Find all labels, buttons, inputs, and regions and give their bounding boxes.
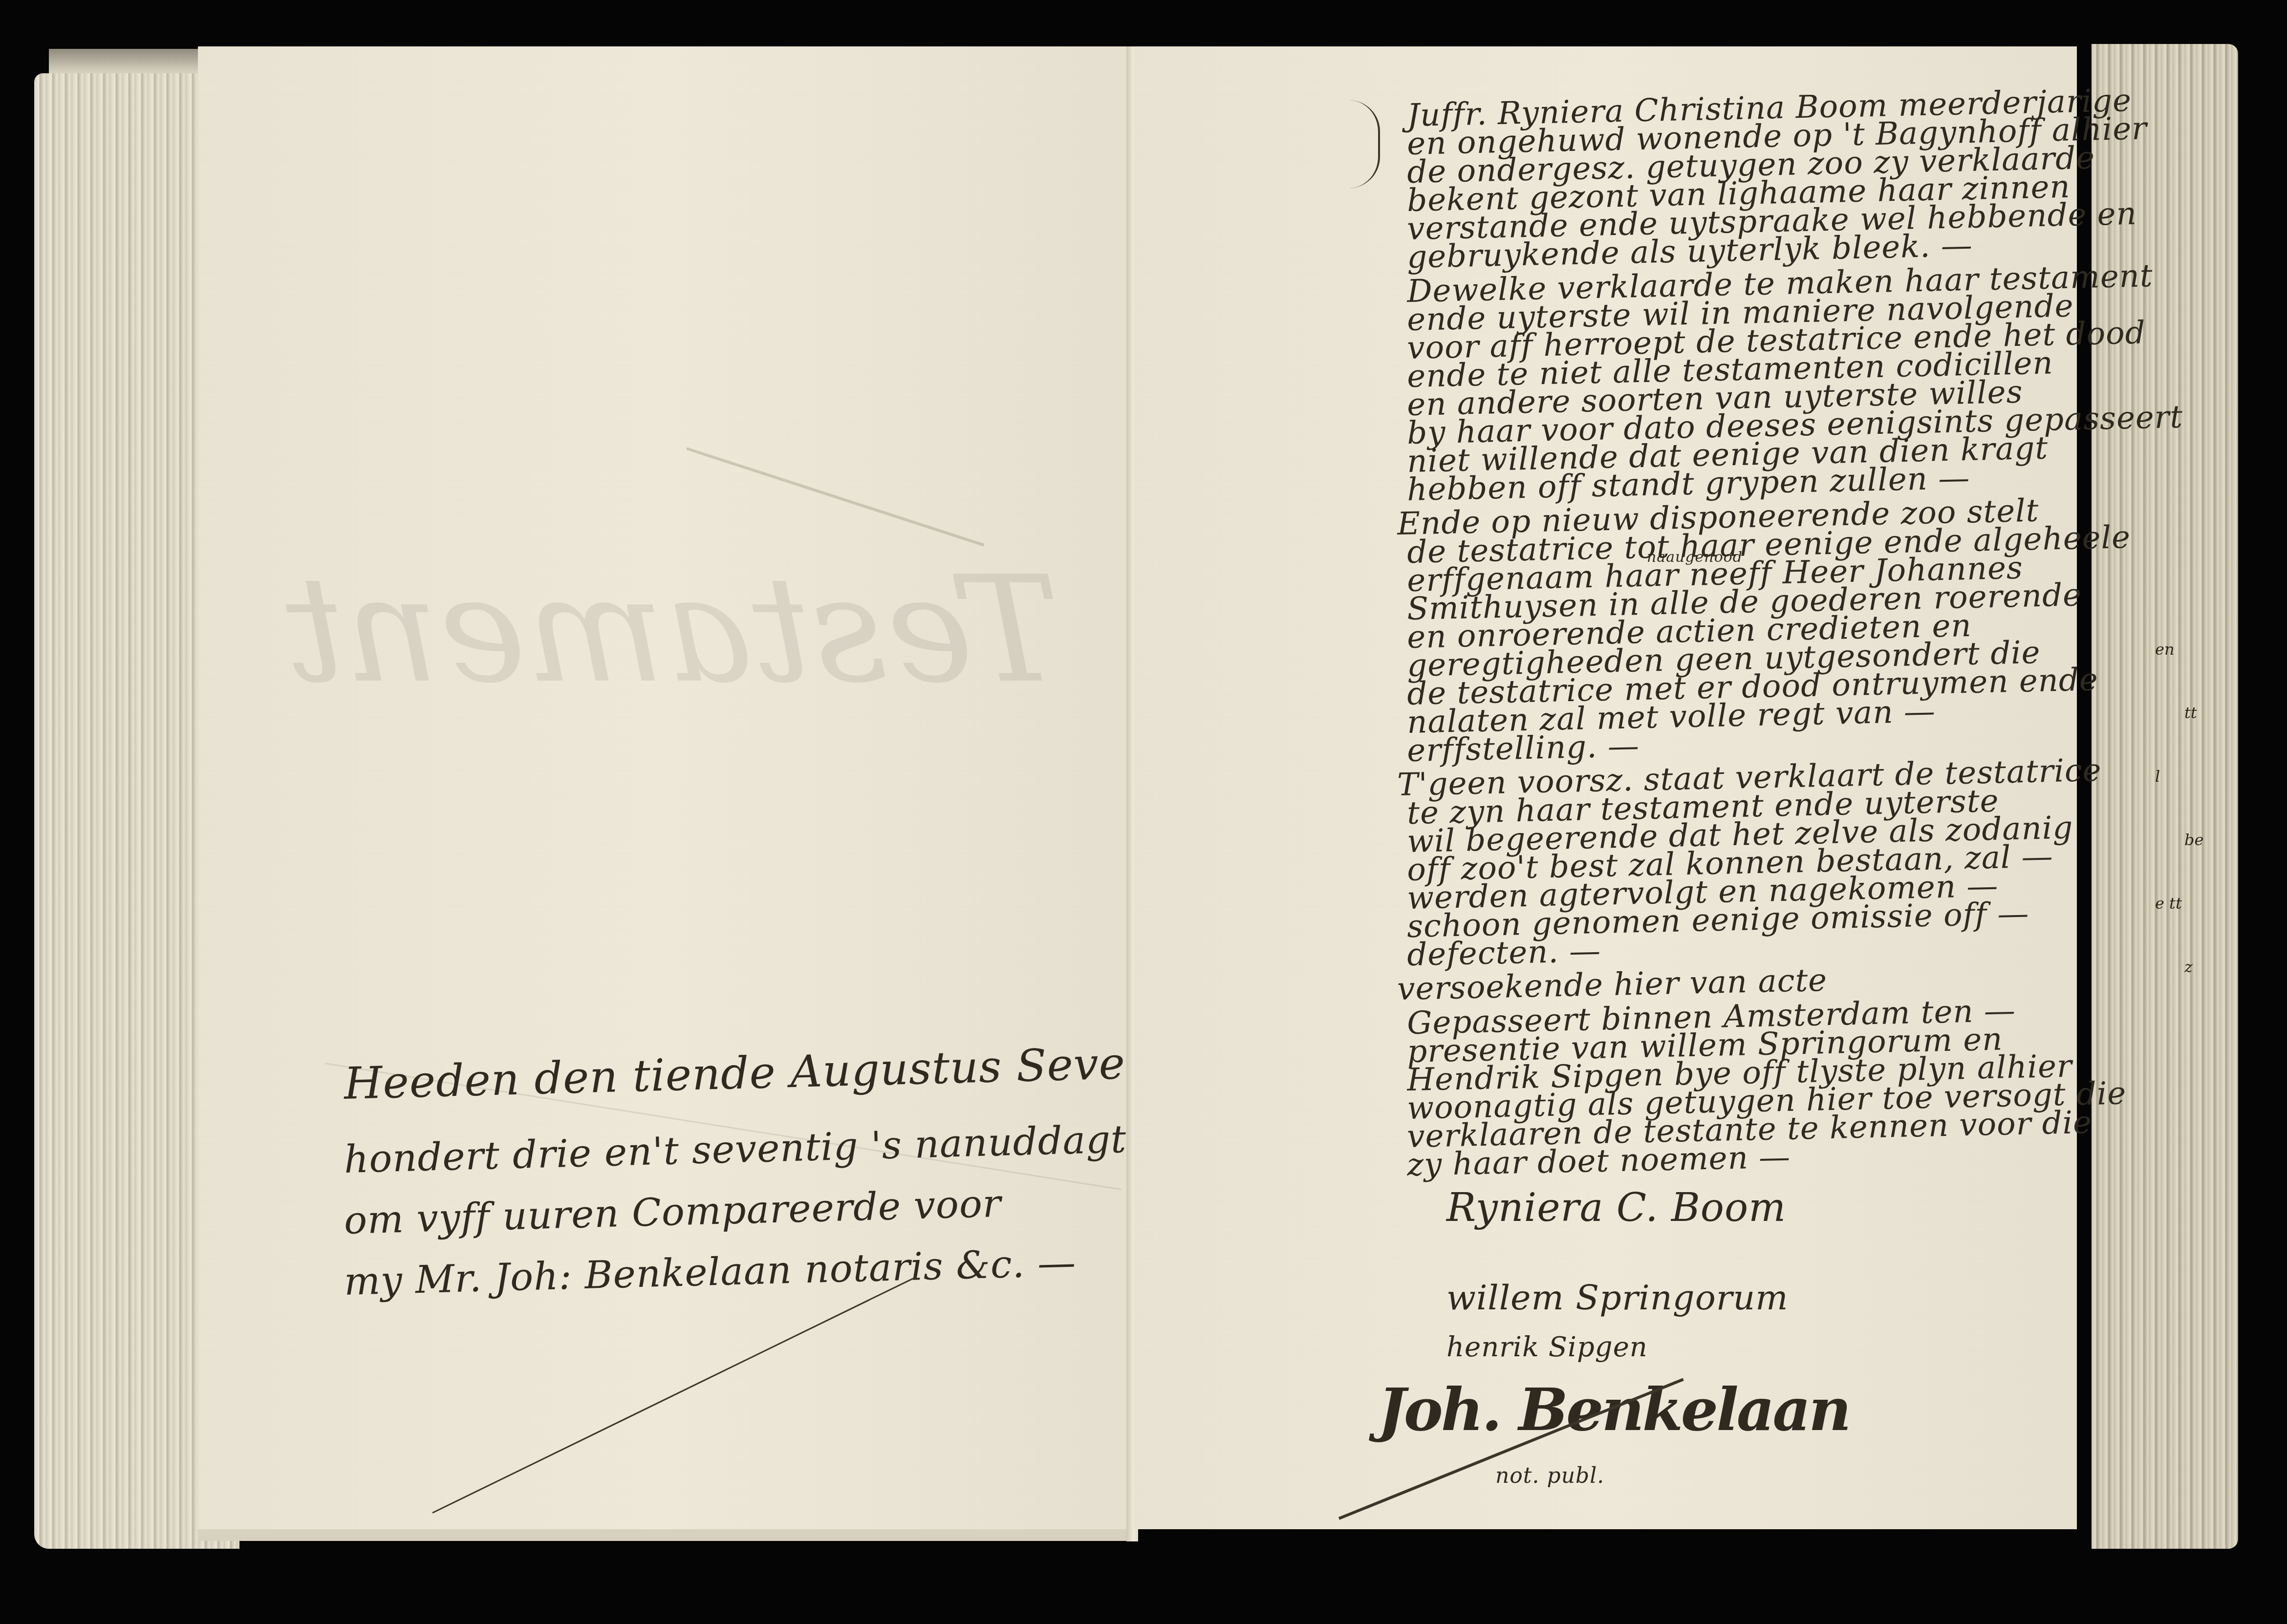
entry-line-4: my Mr. Joh: Benkelaan notaris &c. — bbox=[344, 1244, 1077, 1301]
bleed-through-text: Testament bbox=[286, 545, 1060, 715]
left-page-stray-stroke bbox=[686, 447, 985, 546]
fore-edge-mark: e tt bbox=[2155, 894, 2182, 913]
entry-line-2: hondert drie en't seventig 's nanuddagt- bbox=[344, 1120, 1141, 1179]
fore-edge-mark: en bbox=[2155, 640, 2175, 659]
closing-flourish bbox=[432, 1277, 916, 1514]
signature-witness-1: willem Springorum bbox=[1446, 1278, 1789, 1318]
fore-edge-mark: tt bbox=[2184, 704, 2197, 722]
entry-line-3: om vyff uuren Compareerde voor bbox=[344, 1185, 1002, 1240]
signature-witness-2: henrik Sipgen bbox=[1446, 1331, 1648, 1363]
signature-notary: Joh. Benkelaan bbox=[1378, 1375, 1849, 1444]
interlinear-insertion: naaugenood bbox=[1647, 549, 1743, 566]
notary-subscript: not. publ. bbox=[1495, 1463, 1604, 1488]
signature-testatrix: Ryniera C. Boom bbox=[1446, 1185, 1786, 1230]
fore-edge-mark: be bbox=[2184, 831, 2203, 849]
body-line: defecten. — bbox=[1407, 936, 1601, 971]
fore-edge-mark: l bbox=[2155, 767, 2160, 786]
body-line: erffstelling. — bbox=[1407, 730, 1640, 767]
margin-bracket bbox=[1349, 100, 1380, 188]
entry-line-1: Heeden den tiende Augustus Seventien bbox=[344, 1042, 1243, 1103]
body-line: zy haar doet noemen — bbox=[1407, 1142, 1791, 1181]
fore-edge-mark: z bbox=[2184, 958, 2193, 976]
right-page: Juffr. Ryniera Christina Boom meerderjar… bbox=[1134, 46, 2077, 1529]
left-page: Testament Heeden den tiende Augustus Sev… bbox=[198, 46, 1126, 1541]
